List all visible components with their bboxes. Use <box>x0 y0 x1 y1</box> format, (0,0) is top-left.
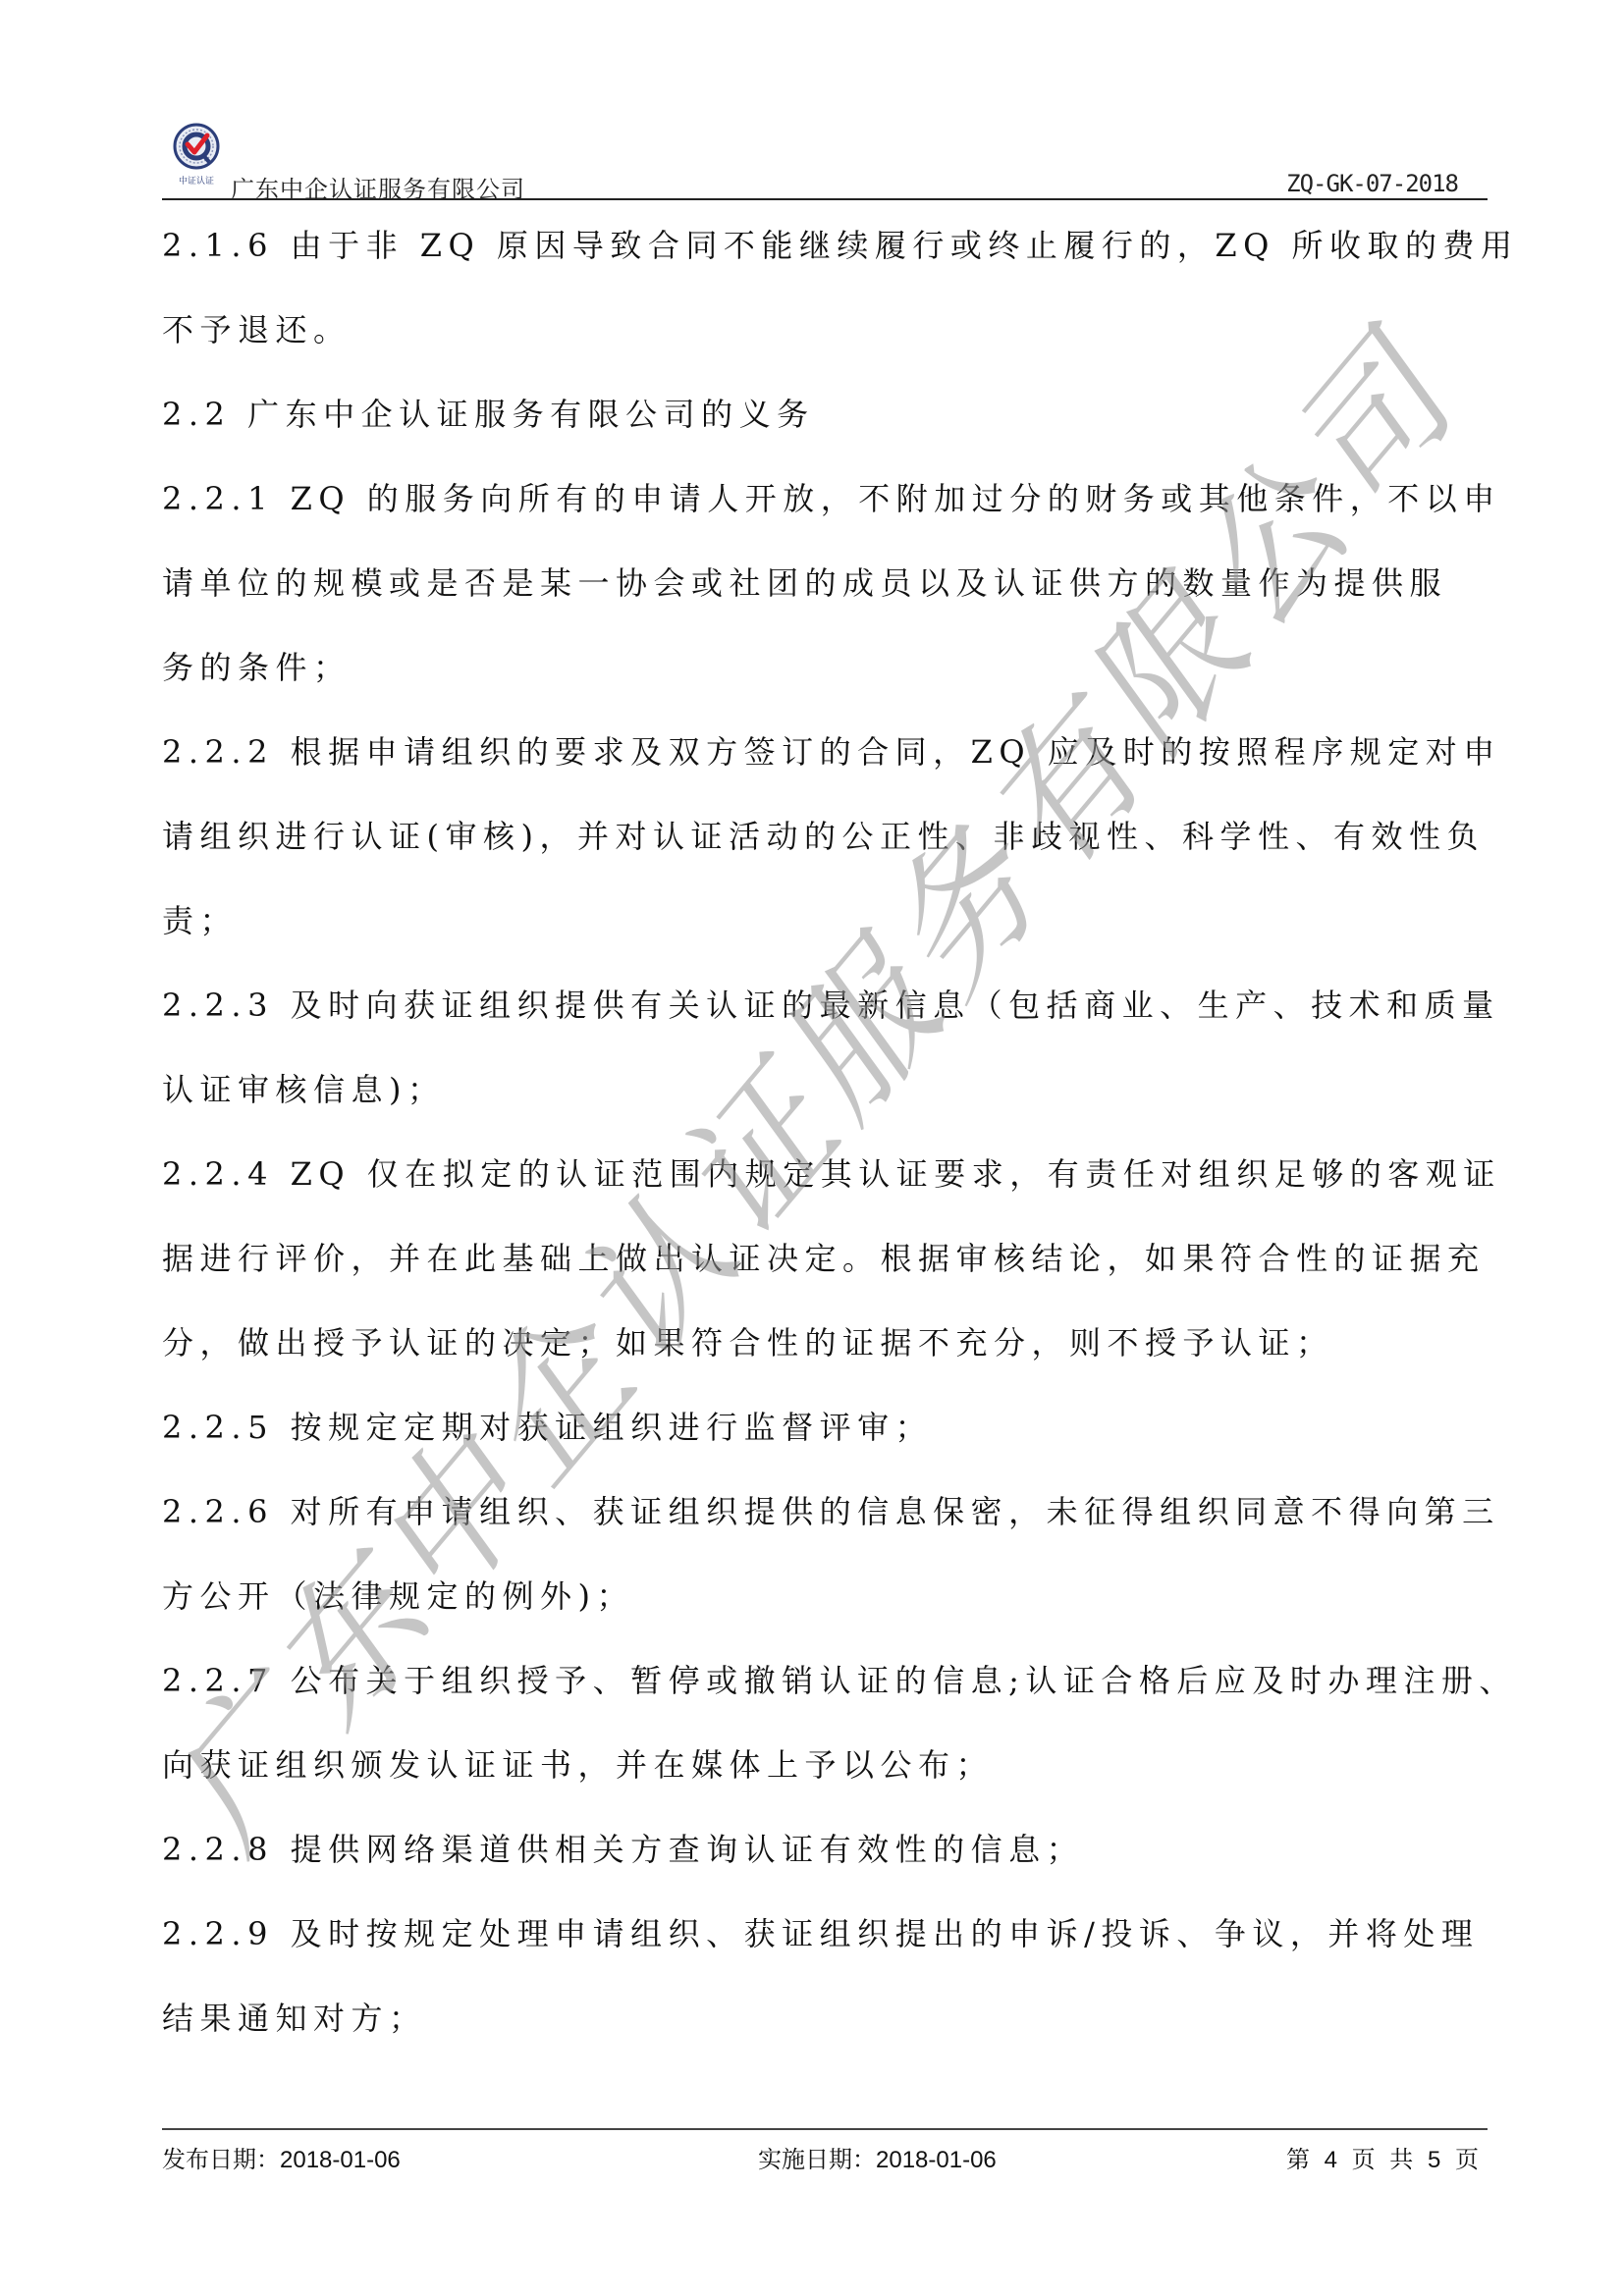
page-footer: 发布日期：2018-01-06 实施日期：2018-01-06 第 4 页 共 … <box>162 2128 1488 2187</box>
text-line: 2.2.5 按规定定期对获证组织进行监督评审； <box>162 1403 1497 1487</box>
text-line: 2.2.4 ZQ 仅在拟定的认证范围内规定其认证要求，有责任对组织足够的客观证 <box>162 1149 1497 1234</box>
text-line: 方公开（法律规定的例外)； <box>162 1572 1497 1656</box>
text-line: 2.2.2 根据申请组织的要求及双方签订的合同，ZQ 应及时的按照程序规定对申 <box>162 727 1497 812</box>
document-page: 中证认证 广东中企认证服务有限公司 ZQ-GK-07-2018 2.1.6 由于… <box>0 0 1624 2296</box>
publish-date: 发布日期：2018-01-06 <box>162 2140 401 2174</box>
document-body: 2.1.6 由于非 ZQ 原因导致合同不能继续履行或终止履行的，ZQ 所收取的费… <box>162 221 1497 2078</box>
text-line: 责； <box>162 896 1497 981</box>
text-line: 请组织进行认证(审核)，并对认证活动的公正性、非歧视性、科学性、有效性负 <box>162 812 1497 896</box>
company-logo: 中证认证 <box>170 123 223 191</box>
text-line: 结果通知对方； <box>162 1994 1497 2078</box>
section-heading: 2.2 广东中企认证服务有限公司的义务 <box>162 390 1497 474</box>
svg-text:中证认证: 中证认证 <box>179 175 214 187</box>
text-line: 不予退还。 <box>162 305 1497 390</box>
text-line: 2.2.9 及时按规定处理申请组织、获证组织提出的申诉/投诉、争议，并将处理 <box>162 1909 1497 1994</box>
text-line: 据进行评价，并在此基础上做出认证决定。根据审核结论，如果符合性的证据充 <box>162 1234 1497 1318</box>
text-line: 2.2.3 及时向获证组织提供有关认证的最新信息（包括商业、生产、技术和质量 <box>162 981 1497 1065</box>
text-line: 2.1.6 由于非 ZQ 原因导致合同不能继续履行或终止履行的，ZQ 所收取的费… <box>162 221 1497 305</box>
effective-date: 实施日期：2018-01-06 <box>758 2140 997 2174</box>
text-line: 务的条件； <box>162 643 1497 727</box>
text-line: 认证审核信息)； <box>162 1065 1497 1149</box>
text-line: 请单位的规模或是否是某一协会或社团的成员以及认证供方的数量作为提供服 <box>162 559 1497 643</box>
page-number: 第 4 页 共 5 页 <box>1286 2140 1483 2174</box>
text-line: 2.2.1 ZQ 的服务向所有的申请人开放，不附加过分的财务或其他条件，不以申 <box>162 474 1497 559</box>
certification-check-icon: 中证认证 <box>170 123 223 191</box>
text-line: 2.2.7 公布关于组织授予、暂停或撤销认证的信息;认证合格后应及时办理注册、 <box>162 1656 1497 1740</box>
text-line: 2.2.6 对所有申请组织、获证组织提供的信息保密，未征得组织同意不得向第三 <box>162 1487 1497 1572</box>
header-divider <box>162 198 1488 200</box>
text-line: 分，做出授予认证的决定；如果符合性的证据不充分，则不授予认证； <box>162 1318 1497 1403</box>
document-code: ZQ-GK-07-2018 <box>1286 170 1458 197</box>
footer-divider <box>162 2128 1488 2130</box>
text-line: 2.2.8 提供网络渠道供相关方查询认证有效性的信息； <box>162 1825 1497 1909</box>
text-line: 向获证组织颁发认证证书，并在媒体上予以公布； <box>162 1740 1497 1825</box>
page-header: 中证认证 广东中企认证服务有限公司 ZQ-GK-07-2018 <box>162 123 1488 199</box>
